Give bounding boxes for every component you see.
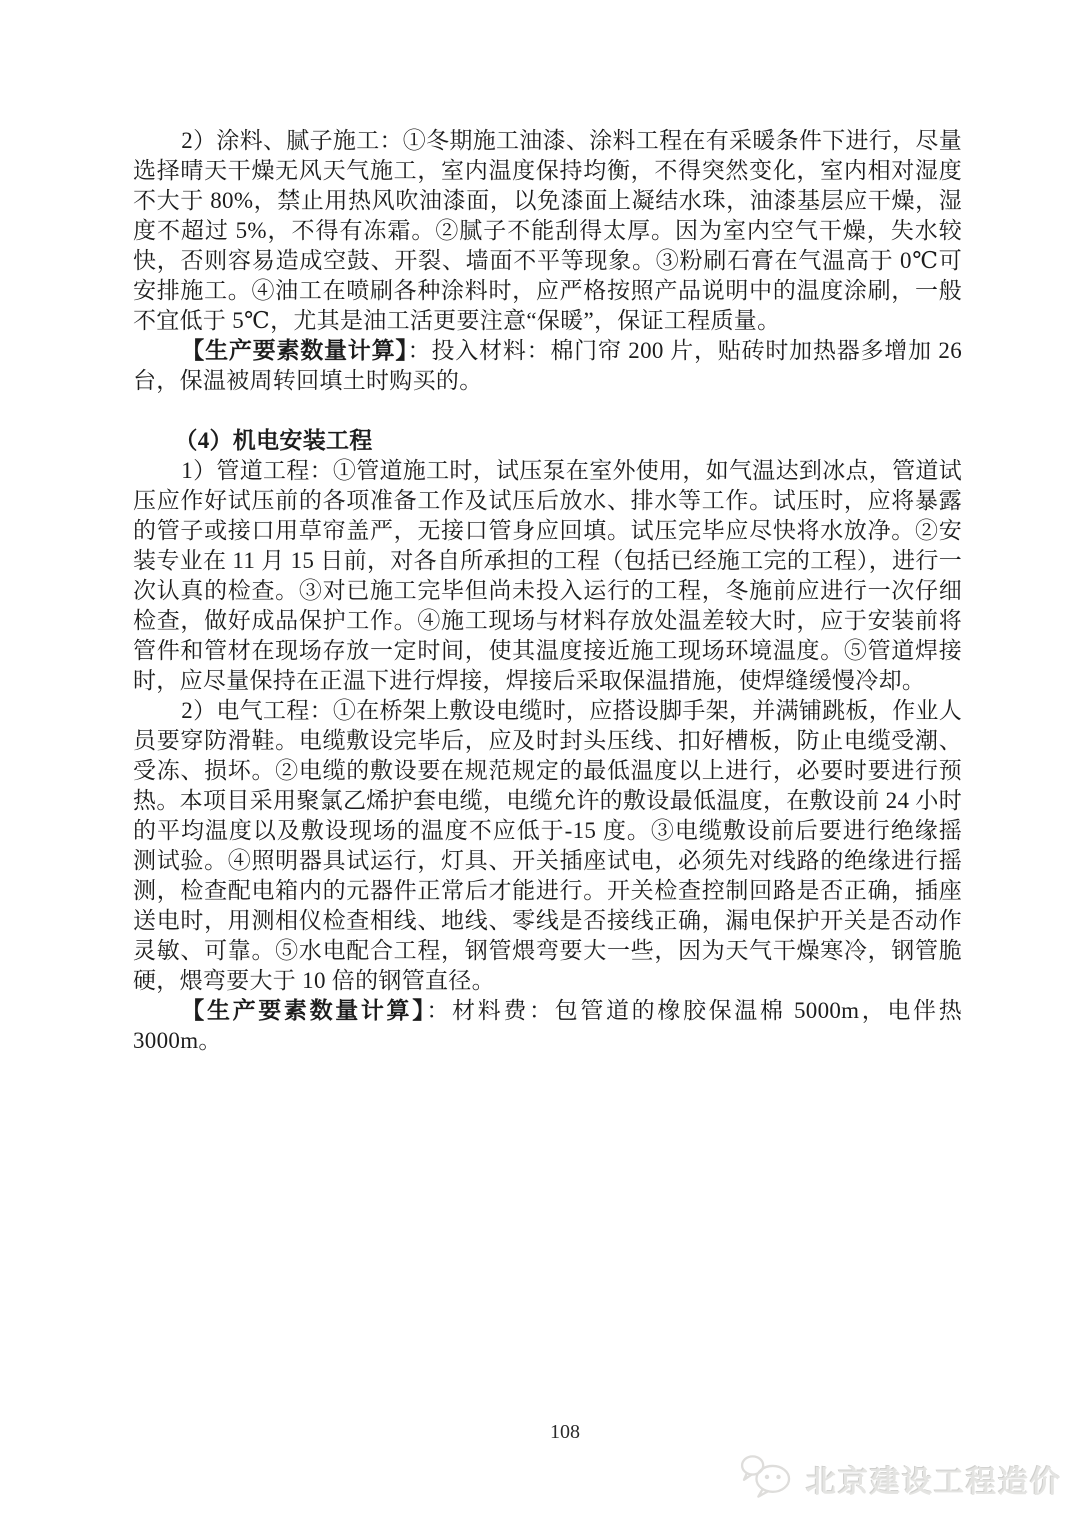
paragraph-electrical-works: 2）电气工程：①在桥架上敷设电缆时，应搭设脚手架，并满铺跳板，作业人员要穿防滑鞋… xyxy=(133,696,962,996)
document-body: 2）涂料、腻子施工：①冬期施工油漆、涂料工程在有采暖条件下进行，尽量选择晴天干燥… xyxy=(133,126,962,1056)
section-heading-mech-install: （4）机电安装工程 xyxy=(133,426,962,456)
paragraph-coating-putty: 2）涂料、腻子施工：①冬期施工油漆、涂料工程在有采暖条件下进行，尽量选择晴天干燥… xyxy=(133,126,962,336)
brand-watermark-text: 北京建设工程造价 xyxy=(806,1457,1062,1501)
document-page: 2）涂料、腻子施工：①冬期施工油漆、涂料工程在有采暖条件下进行，尽量选择晴天干燥… xyxy=(0,0,1080,1527)
factor-calc-label-mep: 【生产要素数量计算】 xyxy=(181,998,426,1023)
paragraph-factor-calc-mep: 【生产要素数量计算】：材料费：包管道的橡胶保温棉 5000m，电伴热 3000m… xyxy=(133,996,962,1056)
wechat-icon xyxy=(738,1453,796,1504)
page-number: 108 xyxy=(550,1419,580,1445)
page-footer: 108 xyxy=(0,1419,1080,1445)
factor-calc-label-finishing: 【生产要素数量计算】 xyxy=(181,338,407,363)
brand-watermark: 北京建设工程造价 xyxy=(738,1453,1062,1504)
paragraph-factor-calc-finishing: 【生产要素数量计算】：投入材料：棉门帘 200 片，贴砖时加热器多增加 26 台… xyxy=(133,336,962,396)
paragraph-pipeline-works: 1）管道工程：①管道施工时，试压泵在室外使用，如气温达到冰点，管道试压应作好试压… xyxy=(133,456,962,696)
